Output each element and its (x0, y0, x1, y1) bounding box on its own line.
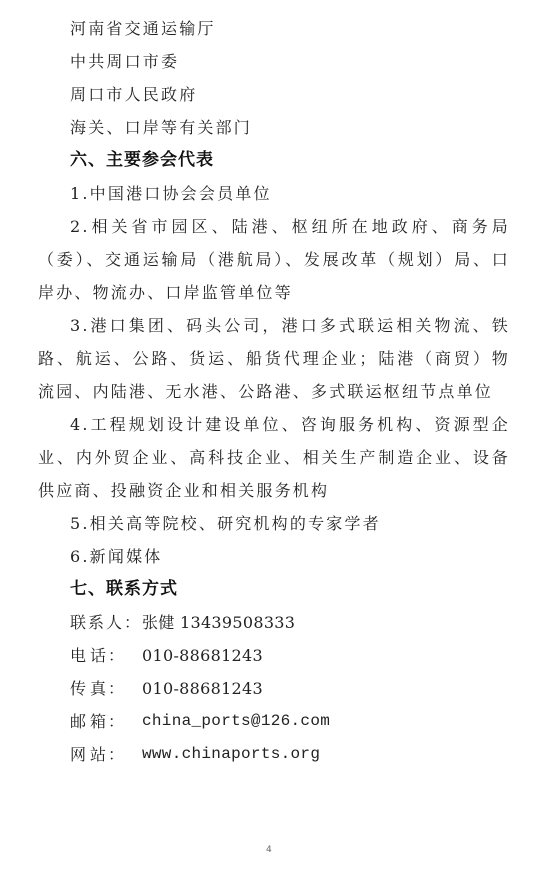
website-label: 网 站： (70, 738, 126, 771)
website-row: 网 站： www.chinaports.org (38, 738, 510, 771)
section-6-heading: 六、主要参会代表 (38, 144, 510, 177)
email-row: 邮 箱： china_ports@126.com (38, 705, 510, 738)
contact-person-row: 联系人： 张健 13439508333 (38, 606, 510, 639)
attendee-item-4: 4.工程规划设计建设单位、咨询服务机构、资源型企业、内外贸企业、高科技企业、相关… (38, 408, 510, 507)
contact-person-value: 张健 13439508333 (142, 606, 295, 639)
attendee-item-6: 6.新闻媒体 (38, 540, 510, 573)
organizer-customs-ports: 海关、口岸等有关部门 (38, 111, 510, 144)
phone-value: 010-88681243 (142, 639, 263, 672)
email-link[interactable]: china_ports@126.com (142, 705, 330, 738)
fax-label: 传 真： (70, 672, 126, 705)
phone-label: 电 话： (70, 639, 126, 672)
contact-person-label: 联系人： (70, 606, 142, 639)
attendee-item-5: 5.相关高等院校、研究机构的专家学者 (38, 507, 510, 540)
organizer-zhoukou-government: 周口市人民政府 (38, 78, 510, 111)
phone-row: 电 话： 010-88681243 (38, 639, 510, 672)
document-page: 河南省交通运输厅 中共周口市委 周口市人民政府 海关、口岸等有关部门 六、主要参… (38, 12, 510, 771)
page-number: 4 (266, 845, 272, 855)
attendee-item-3: 3.港口集团、码头公司，港口多式联运相关物流、铁路、航运、公路、货运、船货代理企… (38, 309, 510, 408)
section-7-heading: 七、联系方式 (38, 573, 510, 606)
fax-row: 传 真： 010-88681243 (38, 672, 510, 705)
organizer-zhoukou-party-committee: 中共周口市委 (38, 45, 510, 78)
website-link[interactable]: www.chinaports.org (142, 738, 320, 771)
attendee-item-1: 1.中国港口协会会员单位 (38, 177, 510, 210)
organizer-henan-transport: 河南省交通运输厅 (38, 12, 510, 45)
fax-value: 010-88681243 (142, 672, 263, 705)
email-label: 邮 箱： (70, 705, 126, 738)
attendee-item-2: 2.相关省市园区、陆港、枢纽所在地政府、商务局（委）、交通运输局（港航局）、发展… (38, 210, 510, 309)
